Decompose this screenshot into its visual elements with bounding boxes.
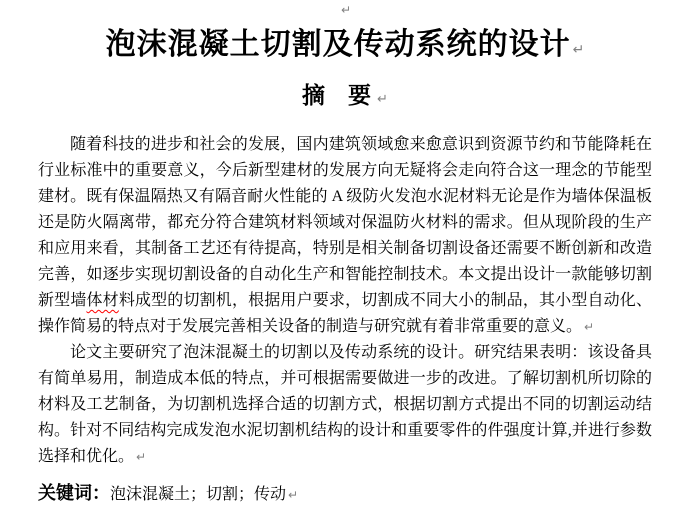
paragraph-mark-icon: ↵ [571,42,585,58]
spellcheck-flagged-text: 体材 [86,292,118,309]
abstract-paragraph-1-text-continued: 料成型的切割机，根据用户要求，切割成不同大小的制品，其小型自动化、操作简易的特点… [38,292,652,335]
keywords-label: 关键词： [38,483,110,503]
abstract-paragraph-2-text: 论文主要研究了泡沫混凝土的切割以及传动系统的设计。研究结果表明：该设备具有简单易… [38,344,652,465]
paragraph-mark-icon: ↵ [339,3,351,17]
keywords-line: 关键词：泡沫混凝土；切割；传动↵ [38,480,652,508]
abstract-paragraph-1-text: 随着科技的进步和社会的发展，国内建筑领域愈来愈意识到资源节约和节能降耗在行业标准… [38,136,652,309]
empty-paragraph-line: ↵ [38,2,652,18]
paragraph-mark-icon: ↵ [134,450,146,464]
document-page: ↵ 泡沫混凝土切割及传动系统的设计↵ 摘 要↵ 随着科技的进步和社会的发展，国内… [0,0,689,521]
abstract-heading: 摘 要↵ [38,79,652,116]
paragraph-mark-icon: ↵ [371,92,388,107]
paragraph-mark-icon: ↵ [286,488,298,502]
document-title: 泡沫混凝土切割及传动系统的设计↵ [38,24,652,71]
abstract-paragraph-2: 论文主要研究了泡沫混凝土的切割以及传动系统的设计。研究结果表明：该设备具有简单易… [38,340,652,470]
abstract-heading-text: 摘 要 [302,82,371,108]
abstract-paragraph-1: 随着科技的进步和社会的发展，国内建筑领域愈来愈意识到资源节约和节能降耗在行业标准… [38,132,652,340]
keywords-text: 泡沫混凝土；切割；传动 [110,486,286,503]
document-title-text: 泡沫混凝土切割及传动系统的设计 [106,28,571,61]
paragraph-mark-icon: ↵ [582,320,594,334]
